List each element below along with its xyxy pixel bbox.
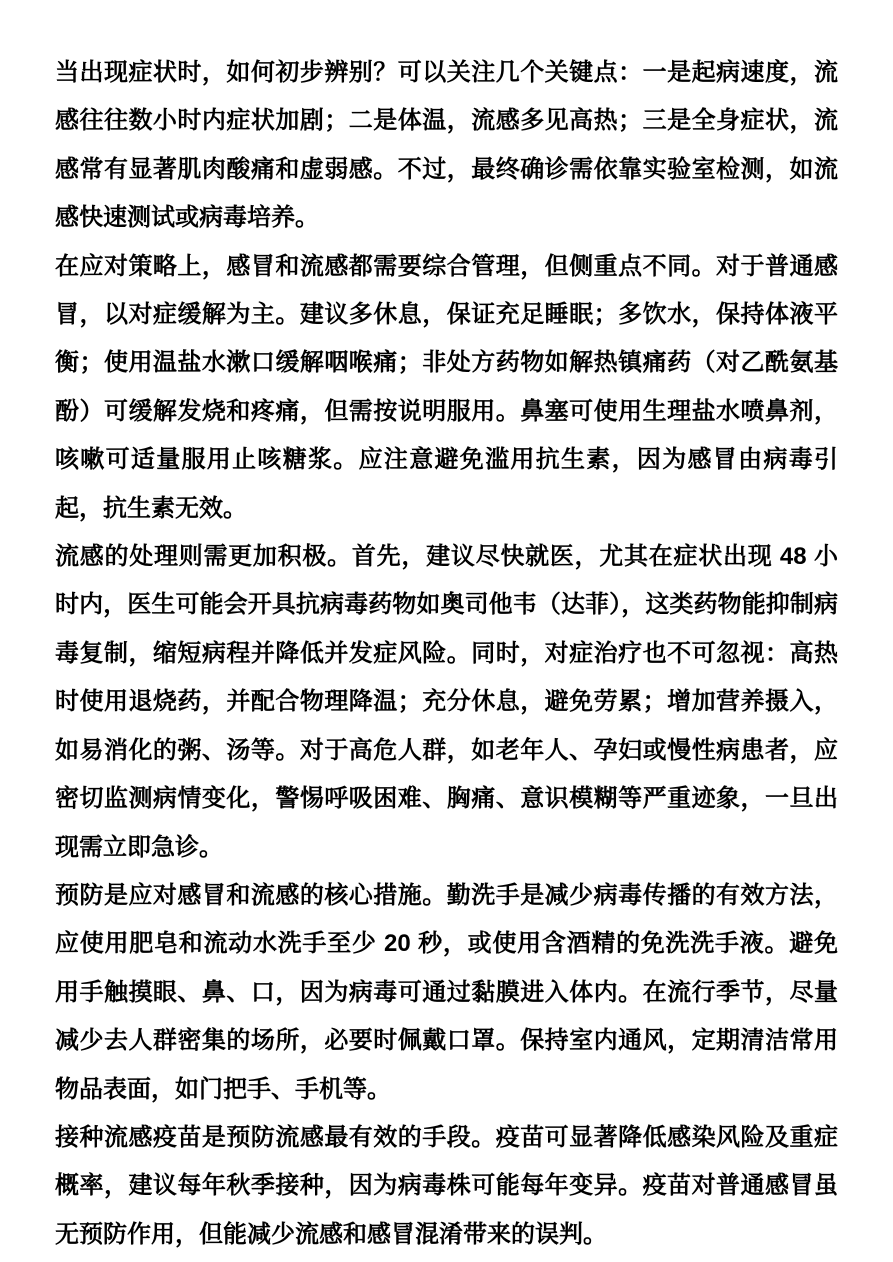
document-page: 当出现症状时，如何初步辨别？可以关注几个关键点：一是起病速度，流感往往数小时内症…	[0, 0, 893, 1262]
paragraph-flu-treatment: 流感的处理则需更加积极。首先，建议尽快就医，尤其在症状出现 48 小时内，医生可…	[55, 533, 838, 872]
paragraph-prevention-measures: 预防是应对感冒和流感的核心措施。勤洗手是减少病毒传播的有效方法，应使用肥皂和流动…	[55, 872, 838, 1114]
paragraph-cold-management: 在应对策略上，感冒和流感都需要综合管理，但侧重点不同。对于普通感冒，以对症缓解为…	[55, 243, 838, 533]
paragraph-flu-vaccine: 接种流感疫苗是预防流感最有效的手段。疫苗可显著降低感染风险及重症概率，建议每年秋…	[55, 1114, 838, 1259]
paragraph-symptom-identification: 当出现症状时，如何初步辨别？可以关注几个关键点：一是起病速度，流感往往数小时内症…	[55, 49, 838, 243]
document-viewport: 当出现症状时，如何初步辨别？可以关注几个关键点：一是起病速度，流感往往数小时内症…	[0, 0, 893, 1262]
